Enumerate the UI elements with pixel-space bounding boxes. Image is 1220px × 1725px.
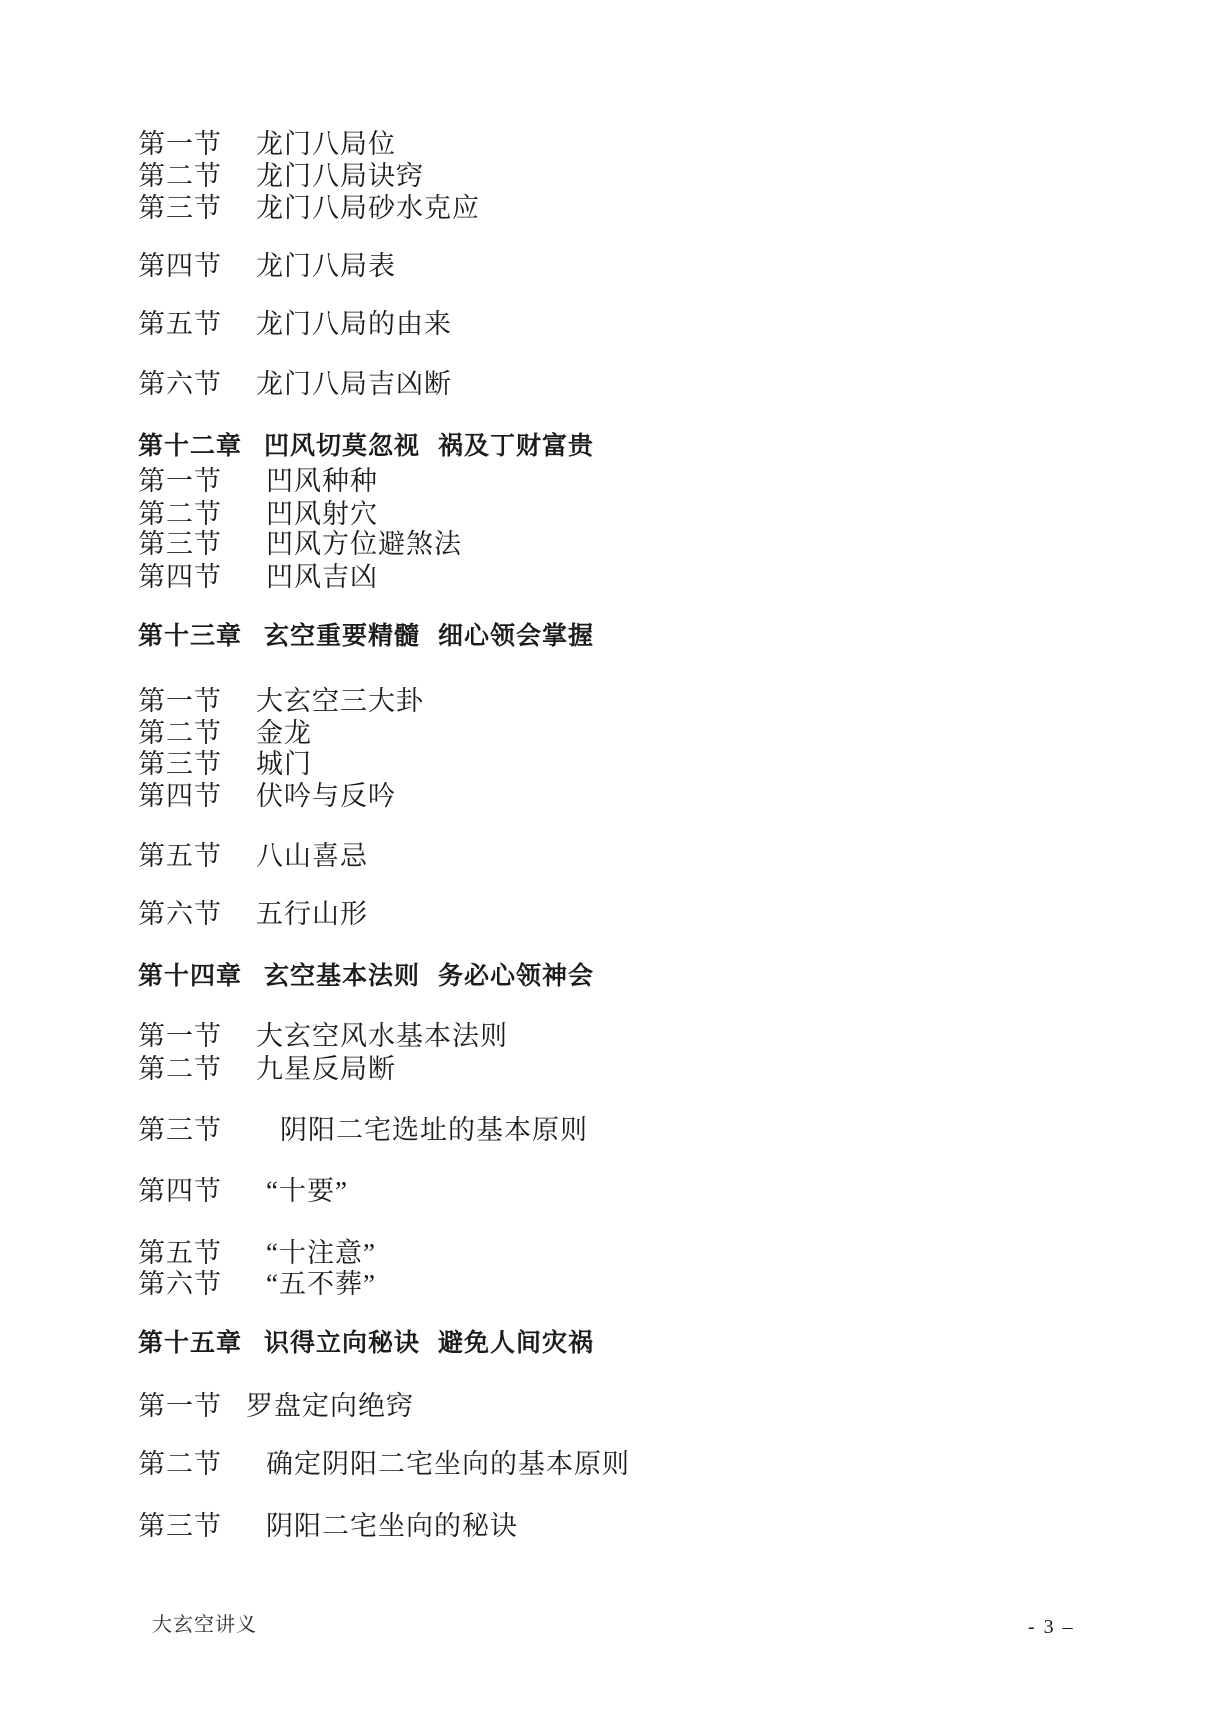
chapter-subtitle: 务必心领神会 [438,961,594,992]
toc-section-row: 第二节九星反局断 [138,1054,396,1085]
toc-section-row: 第三节阴阳二宅选址的基本原则 [138,1115,588,1146]
section-number-label: 第五节 [138,1238,256,1269]
section-title: 凹风吉凶 [266,562,378,593]
section-number-label: 第二节 [138,718,256,749]
chapter-title: 玄空基本法则 [264,961,420,992]
section-title: 大玄空风水基本法则 [256,1021,508,1052]
section-number-label: 第三节 [138,1511,256,1542]
section-number-label: 第三节 [138,529,256,560]
chapter-subtitle: 细心领会掌握 [438,621,594,652]
section-number-label: 第二节 [138,1449,256,1480]
section-title: 城门 [256,749,312,780]
section-number-label: 第四节 [138,251,256,282]
footer-page-number: - 3 – [1028,1615,1075,1639]
section-number-label: 第三节 [138,749,256,780]
toc-section-row: 第一节龙门八局位 [138,129,396,160]
toc-chapter-row: 第十二章凹风切莫忽视祸及丁财富贵 [138,431,594,462]
toc-section-row: 第三节龙门八局砂水克应 [138,193,480,224]
toc-section-row: 第五节八山喜忌 [138,841,368,872]
section-title: 阴阳二宅选址的基本原则 [280,1115,588,1146]
section-title: 八山喜忌 [256,841,368,872]
chapter-subtitle: 避免人间灾祸 [438,1328,594,1359]
section-title: 龙门八局位 [256,129,396,160]
section-title: 金龙 [256,718,312,749]
section-number-label: 第六节 [138,899,256,930]
chapter-number-label: 第十五章 [138,1328,256,1359]
section-title: 龙门八局吉凶断 [256,369,452,400]
toc-section-row: 第三节阴阳二宅坐向的秘诀 [138,1511,518,1542]
toc-chapter-row: 第十四章玄空基本法则务必心领神会 [138,961,594,992]
chapter-subtitle: 祸及丁财富贵 [438,431,594,462]
toc-section-row: 第一节大玄空三大卦 [138,686,424,717]
section-number-label: 第三节 [138,1115,256,1146]
chapter-number-label: 第十三章 [138,621,256,652]
section-number-label: 第二节 [138,161,256,192]
toc-section-row: 第二节龙门八局诀窍 [138,161,424,192]
toc-section-row: 第一节大玄空风水基本法则 [138,1021,508,1052]
section-title: 罗盘定向绝窍 [246,1391,414,1422]
toc-section-row: 第二节金龙 [138,718,312,749]
toc-section-row: 第六节龙门八局吉凶断 [138,369,452,400]
section-title: 龙门八局的由来 [256,309,452,340]
toc-section-row: 第一节罗盘定向绝窍 [138,1391,414,1422]
section-number-label: 第四节 [138,562,256,593]
toc-section-row: 第二节确定阴阳二宅坐向的基本原则 [138,1449,630,1480]
section-title: 龙门八局砂水克应 [256,193,480,224]
chapter-number-label: 第十四章 [138,961,256,992]
section-title: “五不葬” [266,1269,376,1300]
toc-section-row: 第六节“五不葬” [138,1269,376,1300]
section-title: 确定阴阳二宅坐向的基本原则 [266,1449,630,1480]
section-number-label: 第四节 [138,781,256,812]
chapter-title: 凹风切莫忽视 [264,431,420,462]
section-number-label: 第三节 [138,193,256,224]
toc-section-row: 第四节“十要” [138,1176,348,1207]
section-title: “十要” [266,1176,348,1207]
section-number-label: 第一节 [138,1021,256,1052]
toc-section-row: 第三节城门 [138,749,312,780]
toc-section-row: 第三节凹风方位避煞法 [138,529,462,560]
toc-section-row: 第五节“十注意” [138,1238,376,1269]
section-title: 伏吟与反吟 [256,781,396,812]
toc-chapter-row: 第十五章识得立向秘诀避免人间灾祸 [138,1328,594,1359]
section-number-label: 第一节 [138,686,256,717]
section-number-label: 第五节 [138,309,256,340]
section-number-label: 第六节 [138,1269,256,1300]
chapter-number-label: 第十二章 [138,431,256,462]
section-title: 凹风方位避煞法 [266,529,462,560]
section-title: 五行山形 [256,899,368,930]
toc-section-row: 第六节五行山形 [138,899,368,930]
toc-section-row: 第一节凹风种种 [138,466,378,497]
section-number-label: 第二节 [138,1054,256,1085]
section-number-label: 第五节 [138,841,256,872]
section-title: 大玄空三大卦 [256,686,424,717]
section-number-label: 第一节 [138,466,256,497]
section-number-label: 第四节 [138,1176,256,1207]
section-title: 凹风射穴 [266,499,378,530]
section-number-label: 第六节 [138,369,256,400]
section-number-label: 第一节 [138,129,256,160]
section-title: 九星反局断 [256,1054,396,1085]
section-title: 阴阳二宅坐向的秘诀 [266,1511,518,1542]
section-title: “十注意” [266,1238,376,1269]
document-page: 第一节龙门八局位 第二节龙门八局诀窍 第三节龙门八局砂水克应 第四节龙门八局表 … [0,0,1220,1725]
section-title: 龙门八局表 [256,251,396,282]
toc-section-row: 第二节凹风射穴 [138,499,378,530]
toc-section-row: 第四节龙门八局表 [138,251,396,282]
toc-section-row: 第四节凹风吉凶 [138,562,378,593]
chapter-title: 玄空重要精髓 [264,621,420,652]
toc-section-row: 第四节伏吟与反吟 [138,781,396,812]
chapter-title: 识得立向秘诀 [264,1328,420,1359]
section-number-label: 第二节 [138,499,256,530]
section-title: 凹风种种 [266,466,378,497]
toc-chapter-row: 第十三章玄空重要精髓细心领会掌握 [138,621,594,652]
toc-section-row: 第五节龙门八局的由来 [138,309,452,340]
section-number-label: 第一节 [138,1391,256,1422]
footer-doc-title: 大玄空讲义 [152,1613,257,1637]
section-title: 龙门八局诀窍 [256,161,424,192]
